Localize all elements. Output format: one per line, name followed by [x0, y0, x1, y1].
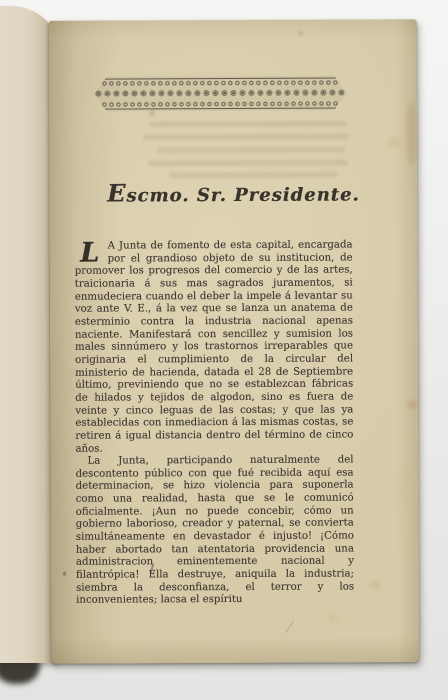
scratch-mark [285, 621, 294, 633]
ghost-line [148, 159, 348, 166]
foxing-stain [370, 580, 381, 589]
ghost-line [143, 133, 349, 140]
book-photo-scene: Escmo. Sr. Presidente. L A Junta de fome… [0, 0, 448, 700]
paragraph-2: La Junta, participando naturalmente del … [75, 455, 354, 608]
foxing-stain [407, 103, 416, 165]
show-through-text [49, 19, 417, 21]
foxing-stain [149, 110, 155, 116]
book-page: Escmo. Sr. Presidente. L A Junta de fome… [49, 19, 420, 664]
body-text: L A Junta de fomento de esta capital, en… [75, 239, 355, 607]
ornamental-lace-band [94, 76, 347, 112]
foxing-stain [298, 31, 304, 36]
page-heading: Escmo. Sr. Presidente. [49, 177, 417, 208]
foxing-stain [328, 614, 337, 622]
foxing-stain [221, 603, 227, 609]
paragraph-1: A Junta de fomento de esta capital, enca… [75, 239, 354, 455]
drop-cap: L [75, 242, 105, 266]
ghost-line [157, 147, 345, 154]
foxing-stains [49, 19, 417, 21]
foxing-stain [389, 137, 400, 147]
ink-speck [63, 572, 66, 576]
ghost-line [149, 121, 347, 128]
foxing-stain [407, 400, 417, 409]
